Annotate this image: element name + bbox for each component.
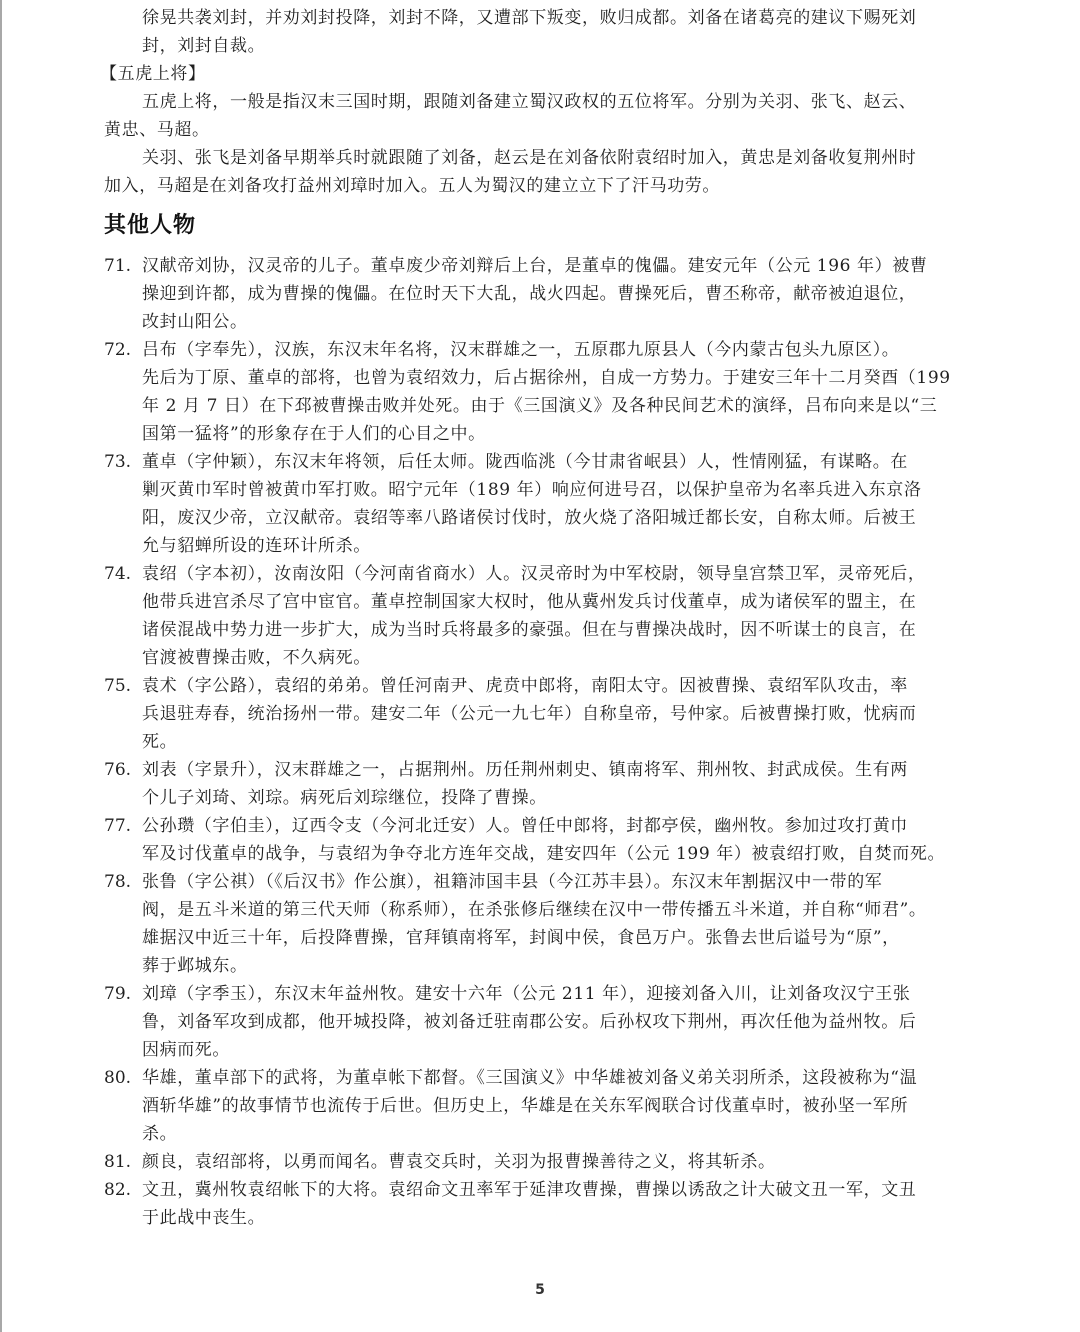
item-number: 82. <box>104 1176 140 1204</box>
item-body: 袁术（字公路），袁绍的弟弟。曾任河南尹、虎贲中郎将，南阳太守。因被曹操、袁绍军队… <box>142 672 978 756</box>
item-number: 72. <box>104 336 140 364</box>
page-left-edge <box>0 0 2 1332</box>
text-line: 诸侯混战中势力进一步扩大，成为当时兵将最多的豪强。但在与曹操决战时，因不听谋士的… <box>142 616 978 644</box>
item-body: 刘表（字景升），汉末群雄之一，占据荆州。历任荆州刺史、镇南将军、荆州牧、封武成侯… <box>142 756 978 812</box>
page-number: 5 <box>0 1282 1080 1298</box>
text-line: 他带兵进宫杀尽了宫中宦官。董卓控制国家大权时，他从冀州发兵讨伐董卓，成为诸侯军的… <box>142 588 978 616</box>
text-line: 加入，马超是在刘备攻打益州刘璋时加入。五人为蜀汉的建立立下了汗马功劳。 <box>104 172 978 200</box>
text-line: 改封山阳公。 <box>142 308 978 336</box>
list-item: 75.袁术（字公路），袁绍的弟弟。曾任河南尹、虎贲中郎将，南阳太守。因被曹操、袁… <box>104 672 978 756</box>
text-line: 操迎到许都，成为曹操的傀儡。在位时天下大乱，战火四起。曹操死后，曹丕称帝，献帝被… <box>142 280 978 308</box>
list-item: 82.文丑，冀州牧袁绍帐下的大将。袁绍命文丑率军于延津攻曹操，曹操以诱敌之计大破… <box>104 1176 978 1232</box>
item-number: 74. <box>104 560 140 588</box>
intro-paragraph: 徐晃共袭刘封，并劝刘封投降，刘封不降，又遭部下叛变，败归成都。刘备在诸葛亮的建议… <box>104 4 978 60</box>
item-body: 华雄，董卓部下的武将，为董卓帐下都督。《三国演义》中华雄被刘备义弟关羽所杀，这段… <box>142 1064 978 1148</box>
list-item: 73.董卓（字仲颖），东汉末年将领，后任太师。陇西临洮（今甘肃省岷县）人，性情刚… <box>104 448 978 560</box>
item-number: 80. <box>104 1064 140 1092</box>
text-line: 刘表（字景升），汉末群雄之一，占据荆州。历任荆州刺史、镇南将军、荆州牧、封武成侯… <box>142 756 978 784</box>
text-line: 汉献帝刘协，汉灵帝的儿子。董卓废少帝刘辩后上台，是董卓的傀儡。建安元年（公元 1… <box>142 252 978 280</box>
item-body: 公孙瓒（字伯圭），辽西令支（今河北迁安）人。曾任中郎将，封都亭侯，幽州牧。参加过… <box>142 812 978 868</box>
text-line: 黄忠、马超。 <box>104 116 978 144</box>
text-line: 阳，废汉少帝，立汉献帝。袁绍等率八路诸侯讨伐时，放火烧了洛阳城迁都长安，自称太师… <box>142 504 978 532</box>
item-number: 81. <box>104 1148 140 1176</box>
item-number: 78. <box>104 868 140 896</box>
text-line: 国第一猛将”的形象存在于人们的心目之中。 <box>142 420 978 448</box>
item-number: 79. <box>104 980 140 1008</box>
text-line: 军及讨伐董卓的战争，与袁绍为争夺北方连年交战，建安四年（公元 199 年）被袁绍… <box>142 840 978 868</box>
list-item: 78.张鲁（字公祺）（《后汉书》作公旗），祖籍沛国丰县（今江苏丰县）。东汉末年割… <box>104 868 978 980</box>
text-line: 个儿子刘琦、刘琮。病死后刘琮继位，投降了曹操。 <box>142 784 978 812</box>
item-body: 颜良，袁绍部将，以勇而闻名。曹袁交兵时，关羽为报曹操善待之义，将其斩杀。 <box>142 1148 978 1176</box>
text-line: 官渡被曹操击败，不久病死。 <box>142 644 978 672</box>
item-body: 吕布（字奉先），汉族，东汉末年名将，汉末群雄之一，五原郡九原县人（今内蒙古包头九… <box>142 336 978 448</box>
character-list: 71.汉献帝刘协，汉灵帝的儿子。董卓废少帝刘辩后上台，是董卓的傀儡。建安元年（公… <box>104 252 978 1232</box>
list-item: 79.刘璋（字季玉），东汉末年益州牧。建安十六年（公元 211 年），迎接刘备入… <box>104 980 978 1064</box>
five-tigers-heading: 【五虎上将】 <box>100 60 978 88</box>
section-title: 其他人物 <box>104 210 978 242</box>
text-line: 五虎上将，一般是指汉末三国时期，跟随刘备建立蜀汉政权的五位将军。分别为关羽、张飞… <box>104 88 978 116</box>
item-number: 73. <box>104 448 140 476</box>
text-line: 封，刘封自裁。 <box>104 32 978 60</box>
item-body: 刘璋（字季玉），东汉末年益州牧。建安十六年（公元 211 年），迎接刘备入川，让… <box>142 980 978 1064</box>
text-line: 公孙瓒（字伯圭），辽西令支（今河北迁安）人。曾任中郎将，封都亭侯，幽州牧。参加过… <box>142 812 978 840</box>
text-line: 酒斩华雄”的故事情节也流传于后世。但历史上，华雄是在关东军阀联合讨伐董卓时，被孙… <box>142 1092 978 1120</box>
text-line: 颜良，袁绍部将，以勇而闻名。曹袁交兵时，关羽为报曹操善待之义，将其斩杀。 <box>142 1148 978 1176</box>
text-line: 吕布（字奉先），汉族，东汉末年名将，汉末群雄之一，五原郡九原县人（今内蒙古包头九… <box>142 336 978 364</box>
text-line: 刘璋（字季玉），东汉末年益州牧。建安十六年（公元 211 年），迎接刘备入川，让… <box>142 980 978 1008</box>
text-line: 兵退驻寿春，统治扬州一带。建安二年（公元一九七年）自称皇帝，号仲家。后被曹操打败… <box>142 700 978 728</box>
text-line: 华雄，董卓部下的武将，为董卓帐下都督。《三国演义》中华雄被刘备义弟关羽所杀，这段… <box>142 1064 978 1092</box>
text-line: 杀。 <box>142 1120 978 1148</box>
five-tigers-paragraph-2: 关羽、张飞是刘备早期举兵时就跟随了刘备，赵云是在刘备依附袁绍时加入，黄忠是刘备收… <box>104 144 978 200</box>
list-item: 80.华雄，董卓部下的武将，为董卓帐下都督。《三国演义》中华雄被刘备义弟关羽所杀… <box>104 1064 978 1148</box>
text-line: 董卓（字仲颖），东汉末年将领，后任太师。陇西临洮（今甘肃省岷县）人，性情刚猛，有… <box>142 448 978 476</box>
text-line: 徐晃共袭刘封，并劝刘封投降，刘封不降，又遭部下叛变，败归成都。刘备在诸葛亮的建议… <box>104 4 978 32</box>
text-line: 死。 <box>142 728 978 756</box>
item-number: 71. <box>104 252 140 280</box>
document-page: 徐晃共袭刘封，并劝刘封投降，刘封不降，又遭部下叛变，败归成都。刘备在诸葛亮的建议… <box>104 0 978 1232</box>
list-item: 81.颜良，袁绍部将，以勇而闻名。曹袁交兵时，关羽为报曹操善待之义，将其斩杀。 <box>104 1148 978 1176</box>
text-line: 允与貂蝉所设的连环计所杀。 <box>142 532 978 560</box>
item-number: 75. <box>104 672 140 700</box>
text-line: 鲁，刘备军攻到成都，他开城投降，被刘备迁驻南郡公安。后孙权攻下荆州，再次任他为益… <box>142 1008 978 1036</box>
text-line: 年 2 月 7 日）在下邳被曹操击败并处死。由于《三国演义》及各种民间艺术的演绎… <box>142 392 978 420</box>
list-item: 77.公孙瓒（字伯圭），辽西令支（今河北迁安）人。曾任中郎将，封都亭侯，幽州牧。… <box>104 812 978 868</box>
text-line: 剿灭黄巾军时曾被黄巾军打败。昭宁元年（189 年）响应何进号召，以保护皇帝为名率… <box>142 476 978 504</box>
text-line: 先后为丁原、董卓的部将，也曾为袁绍效力，后占据徐州，自成一方势力。于建安三年十二… <box>142 364 978 392</box>
item-body: 文丑，冀州牧袁绍帐下的大将。袁绍命文丑率军于延津攻曹操，曹操以诱敌之计大破文丑一… <box>142 1176 978 1232</box>
item-body: 袁绍（字本初），汝南汝阳（今河南省商水）人。汉灵帝时为中军校尉，领导皇宫禁卫军，… <box>142 560 978 672</box>
item-body: 汉献帝刘协，汉灵帝的儿子。董卓废少帝刘辩后上台，是董卓的傀儡。建安元年（公元 1… <box>142 252 978 336</box>
item-body: 张鲁（字公祺）（《后汉书》作公旗），祖籍沛国丰县（今江苏丰县）。东汉末年割据汉中… <box>142 868 978 980</box>
list-item: 72.吕布（字奉先），汉族，东汉末年名将，汉末群雄之一，五原郡九原县人（今内蒙古… <box>104 336 978 448</box>
text-line: 阀，是五斗米道的第三代天师（称系师），在杀张修后继续在汉中一带传播五斗米道，并自… <box>142 896 978 924</box>
list-item: 71.汉献帝刘协，汉灵帝的儿子。董卓废少帝刘辩后上台，是董卓的傀儡。建安元年（公… <box>104 252 978 336</box>
text-line: 关羽、张飞是刘备早期举兵时就跟随了刘备，赵云是在刘备依附袁绍时加入，黄忠是刘备收… <box>104 144 978 172</box>
text-line: 袁术（字公路），袁绍的弟弟。曾任河南尹、虎贲中郎将，南阳太守。因被曹操、袁绍军队… <box>142 672 978 700</box>
text-line: 张鲁（字公祺）（《后汉书》作公旗），祖籍沛国丰县（今江苏丰县）。东汉末年割据汉中… <box>142 868 978 896</box>
text-line: 葬于邺城东。 <box>142 952 978 980</box>
item-number: 76. <box>104 756 140 784</box>
five-tigers-paragraph-1: 五虎上将，一般是指汉末三国时期，跟随刘备建立蜀汉政权的五位将军。分别为关羽、张飞… <box>104 88 978 144</box>
text-line: 袁绍（字本初），汝南汝阳（今河南省商水）人。汉灵帝时为中军校尉，领导皇宫禁卫军，… <box>142 560 978 588</box>
text-line: 于此战中丧生。 <box>142 1204 978 1232</box>
text-line: 雄据汉中近三十年，后投降曹操，官拜镇南将军，封阆中侯，食邑万户。张鲁去世后谥号为… <box>142 924 978 952</box>
list-item: 76.刘表（字景升），汉末群雄之一，占据荆州。历任荆州刺史、镇南将军、荆州牧、封… <box>104 756 978 812</box>
text-line: 因病而死。 <box>142 1036 978 1064</box>
text-line: 文丑，冀州牧袁绍帐下的大将。袁绍命文丑率军于延津攻曹操，曹操以诱敌之计大破文丑一… <box>142 1176 978 1204</box>
item-number: 77. <box>104 812 140 840</box>
item-body: 董卓（字仲颖），东汉末年将领，后任太师。陇西临洮（今甘肃省岷县）人，性情刚猛，有… <box>142 448 978 560</box>
list-item: 74.袁绍（字本初），汝南汝阳（今河南省商水）人。汉灵帝时为中军校尉，领导皇宫禁… <box>104 560 978 672</box>
